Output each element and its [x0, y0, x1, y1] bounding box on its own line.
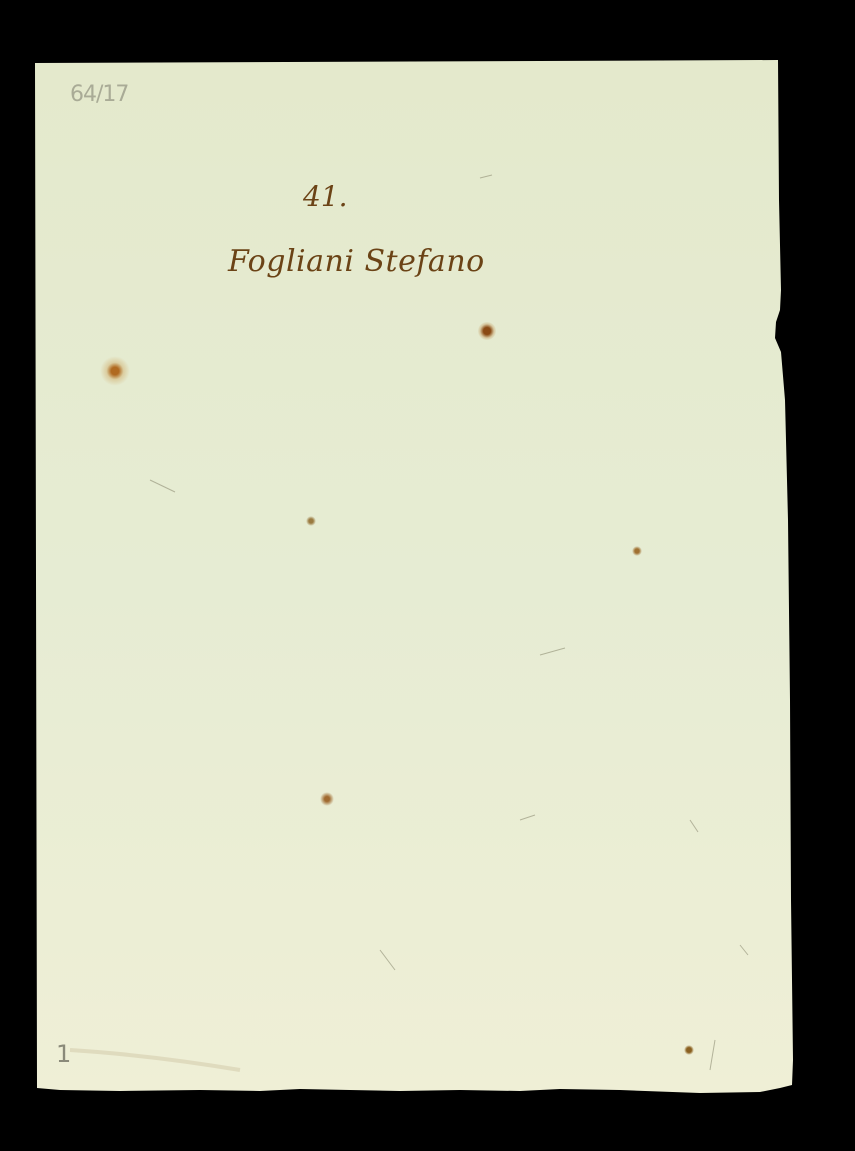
handwritten-name: Fogliani Stefano	[228, 244, 485, 279]
foxing-stain	[478, 322, 496, 340]
foxing-stain	[684, 1045, 694, 1055]
foxing-stain	[632, 546, 642, 556]
foxing-stain	[100, 356, 130, 386]
paper-sheet	[0, 0, 855, 1151]
foxing-stain	[306, 516, 316, 526]
corner-mark: 1	[56, 1040, 71, 1068]
foxing-stain	[320, 792, 334, 806]
archive-reference: 64/17	[70, 82, 128, 107]
item-number: 41.	[303, 180, 348, 213]
